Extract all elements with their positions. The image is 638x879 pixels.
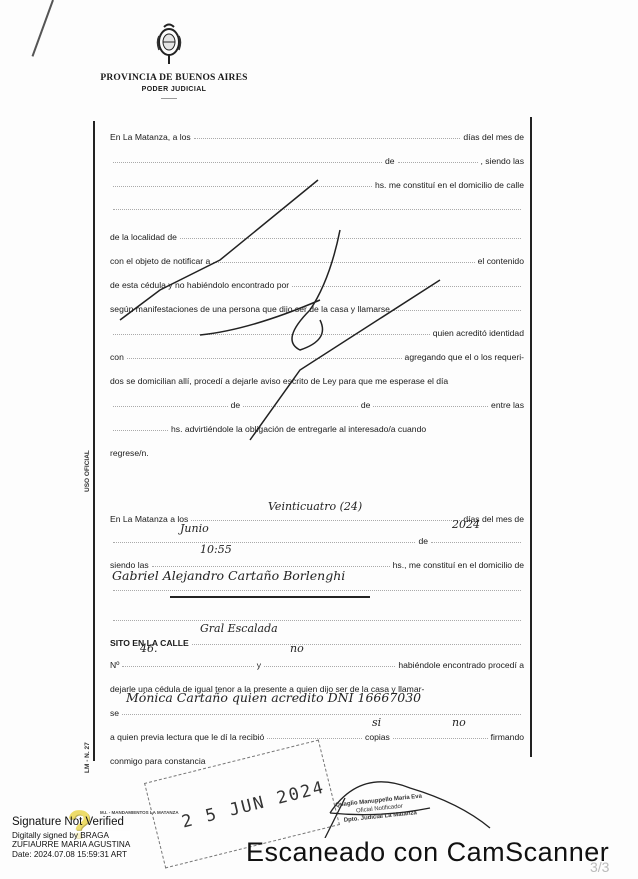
stamp-caption: M.I. - MANDAMIENTOS LA MATANZA — [100, 810, 179, 815]
handwritten-received: si — [372, 716, 381, 729]
handwritten-street-number: 46. — [140, 642, 158, 655]
signature-signer-line2: ZUFIAURRE MARIA AGUSTINA — [12, 840, 130, 849]
handwritten-day: Veinticuatro (24) — [268, 500, 362, 513]
signature-details: Digitally signed by BRAGA ZUFIAURRE MARI… — [12, 831, 130, 859]
form-line — [110, 610, 524, 624]
coat-of-arms-icon — [154, 22, 184, 66]
signature-date: Date: 2024.07.08 15:59:31 ART — [12, 850, 130, 859]
handwritten-street: Gral Escalada — [200, 622, 278, 635]
handwritten-recipient-name: Gabriel Alejandro Cartaño Borlenghi — [112, 568, 345, 583]
crossout-lines — [100, 140, 540, 460]
handwritten-copies: no — [452, 716, 466, 729]
handwritten-month: Junio — [180, 522, 209, 535]
form-code-label: LM - N. 27 — [84, 742, 91, 773]
department-name: PODER JUDICIAL — [94, 86, 254, 93]
form-line: de — [110, 532, 524, 546]
signature-signer-line1: Digitally signed by BRAGA — [12, 831, 130, 840]
left-margin-line — [93, 121, 95, 761]
header-divider — [161, 98, 177, 99]
institution-name: PROVINCIA DE BUENOS AIRES — [94, 73, 254, 83]
handwritten-between: no — [290, 642, 304, 655]
name-underline — [170, 596, 370, 598]
camscanner-watermark: Escaneado con CamScanner — [246, 837, 609, 868]
uso-oficial-label: USO OFICIAL — [84, 450, 91, 492]
pen-stroke-mark — [32, 0, 54, 57]
form-line: SITO EN LA CALLE — [110, 634, 524, 648]
handwritten-time: 10:55 — [200, 543, 232, 556]
handwritten-year: 2024 — [452, 518, 480, 531]
page-indicator: 3/3 — [590, 859, 609, 875]
signature-status: Signature Not Verified — [12, 816, 124, 828]
handwritten-receiver: Mónica Cartaño quien acredito DNI 166670… — [126, 690, 421, 705]
form-line: Nºyhabiéndole encontrado procedí a — [110, 656, 524, 670]
